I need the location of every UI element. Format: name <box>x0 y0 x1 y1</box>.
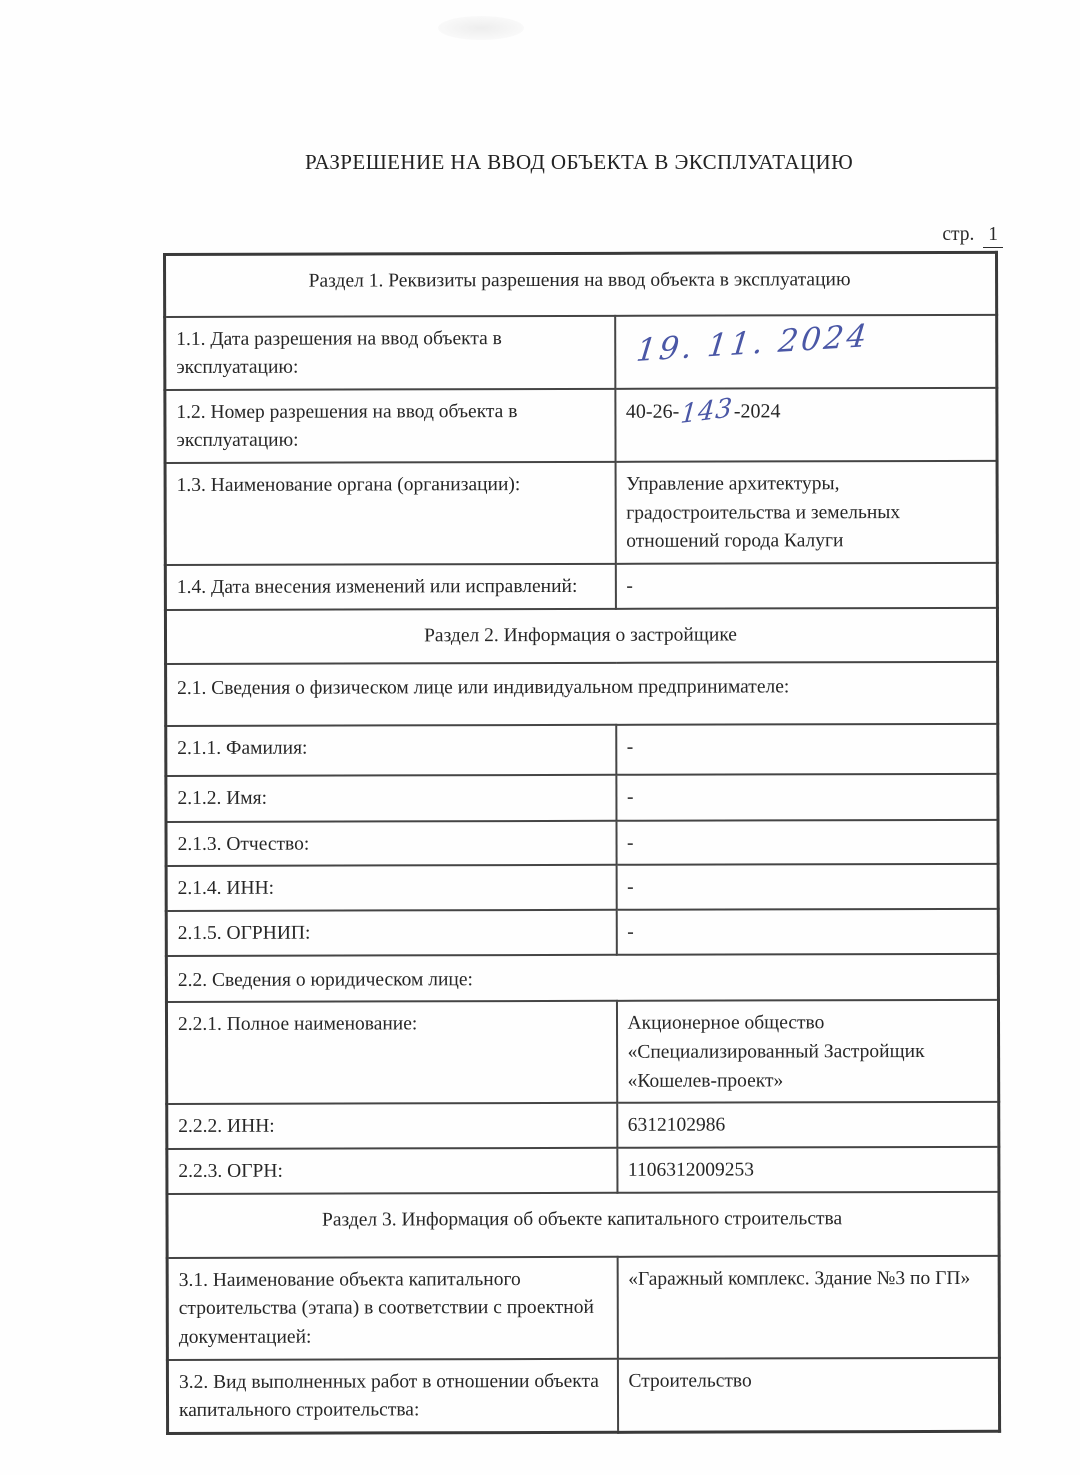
table-row-2-1: 2.1. Сведения о физическом лице или инди… <box>166 662 998 726</box>
field-value-2-1-5: - <box>616 909 998 955</box>
field-label-2-2-2: 2.2.2. ИНН: <box>167 1103 617 1149</box>
field-value-2-1-4: - <box>616 864 998 910</box>
field-label-1-3: 1.3. Наименование органа (организации): <box>165 462 615 565</box>
table-row-1-3: 1.3. Наименование органа (организации): … <box>165 461 997 565</box>
field-label-3-2: 3.2. Вид выполненных работ в отношении о… <box>167 1358 617 1433</box>
field-value-2-1-1: - <box>616 724 998 775</box>
document-page: РАЗРЕШЕНИЕ НА ВВОД ОБЪЕКТА В ЭКСПЛУАТАЦИ… <box>0 0 1080 1475</box>
permit-table: Раздел 1. Реквизиты разрешения на ввод о… <box>163 251 1001 1435</box>
permit-number-suffix: -2024 <box>734 400 781 422</box>
subsection-2-1: 2.1. Сведения о физическом лице или инди… <box>166 662 998 726</box>
field-value-1-3: Управление архитектуры, градостроительст… <box>615 461 997 564</box>
page-marker: стр. 1 <box>163 224 1003 248</box>
table-row-2-2-3: 2.2.3. ОГРН: 1106312009253 <box>167 1147 999 1194</box>
table-row-1-1: 1.1. Дата разрешения на ввод объекта в э… <box>165 314 997 389</box>
table-row-3-1: 3.1. Наименование объекта капитального с… <box>167 1255 999 1359</box>
field-value-3-1: «Гаражный комплекс. Здание №3 по ГП» <box>617 1255 999 1358</box>
field-label-1-2: 1.2. Номер разрешения на ввод объекта в … <box>165 389 615 463</box>
permit-number: 40-26-143-2024 <box>626 400 781 422</box>
table-row-section-1: Раздел 1. Реквизиты разрешения на ввод о… <box>165 252 997 316</box>
field-label-2-1-2: 2.1.2. Имя: <box>166 775 616 822</box>
handwritten-number: 143 <box>679 395 733 428</box>
field-label-2-1-3: 2.1.3. Отчество: <box>166 821 616 867</box>
table-row-1-2: 1.2. Номер разрешения на ввод объекта в … <box>165 388 997 463</box>
field-label-3-1: 3.1. Наименование объекта капитального с… <box>167 1256 617 1359</box>
field-value-1-2: 40-26-143-2024 <box>615 388 997 462</box>
field-value-2-2-3: 1106312009253 <box>617 1147 999 1193</box>
handwritten-date: 19. 11. 2024 <box>634 320 870 366</box>
scan-smudge <box>438 16 524 40</box>
table-row-2-1-2: 2.1.2. Имя: - <box>166 774 998 822</box>
field-value-3-2: Строительство <box>617 1357 999 1432</box>
table-row-3-2: 3.2. Вид выполненных работ в отношении о… <box>167 1357 999 1433</box>
field-value-2-2-2: 6312102986 <box>617 1102 999 1148</box>
table-row-section-2: Раздел 2. Информация о застройщике <box>165 608 997 664</box>
field-value-2-1-3: - <box>616 820 998 866</box>
field-label-2-1-4: 2.1.4. ИНН: <box>166 865 616 911</box>
permit-number-prefix: 40-26- <box>626 400 679 422</box>
field-label-1-1: 1.1. Дата разрешения на ввод объекта в э… <box>165 315 615 389</box>
field-value-1-1: 19. 11. 2024 <box>615 314 997 388</box>
section-3-header: Раздел 3. Информация об объекте капиталь… <box>167 1191 999 1257</box>
table-row-1-4: 1.4. Дата внесения изменений или исправл… <box>165 563 997 610</box>
section-2-header: Раздел 2. Информация о застройщике <box>165 608 997 664</box>
section-1-header: Раздел 1. Реквизиты разрешения на ввод о… <box>165 252 997 316</box>
field-value-2-2-1: Акционерное общество «Специализированный… <box>616 1000 998 1103</box>
table-row-2-1-4: 2.1.4. ИНН: - <box>166 864 998 911</box>
table-row-2-1-3: 2.1.3. Отчество: - <box>166 820 998 867</box>
table-row-2-1-1: 2.1.1. Фамилия: - <box>166 724 998 776</box>
table-row-section-3: Раздел 3. Информация об объекте капиталь… <box>167 1191 999 1257</box>
field-label-2-2-1: 2.2.1. Полное наименование: <box>166 1001 616 1104</box>
page-label: стр. <box>942 224 974 245</box>
field-label-1-4: 1.4. Дата внесения изменений или исправл… <box>165 564 615 610</box>
field-label-2-1-5: 2.1.5. ОГРНИП: <box>166 910 616 956</box>
subsection-2-2: 2.2. Сведения о юридическом лице: <box>166 954 998 1003</box>
field-label-2-2-3: 2.2.3. ОГРН: <box>167 1148 617 1194</box>
field-value-1-4: - <box>615 563 997 609</box>
field-value-2-1-2: - <box>616 774 998 821</box>
table-row-2-2-2: 2.2.2. ИНН: 6312102986 <box>167 1102 999 1149</box>
table-row-2-1-5: 2.1.5. ОГРНИП: - <box>166 909 998 956</box>
table-row-2-2: 2.2. Сведения о юридическом лице: <box>166 954 998 1003</box>
page-number-value: 1 <box>983 224 1003 248</box>
table-row-2-2-1: 2.2.1. Полное наименование: Акционерное … <box>166 1000 998 1104</box>
field-label-2-1-1: 2.1.1. Фамилия: <box>166 725 616 776</box>
document-title: РАЗРЕШЕНИЕ НА ВВОД ОБЪЕКТА В ЭКСПЛУАТАЦИ… <box>163 150 995 175</box>
